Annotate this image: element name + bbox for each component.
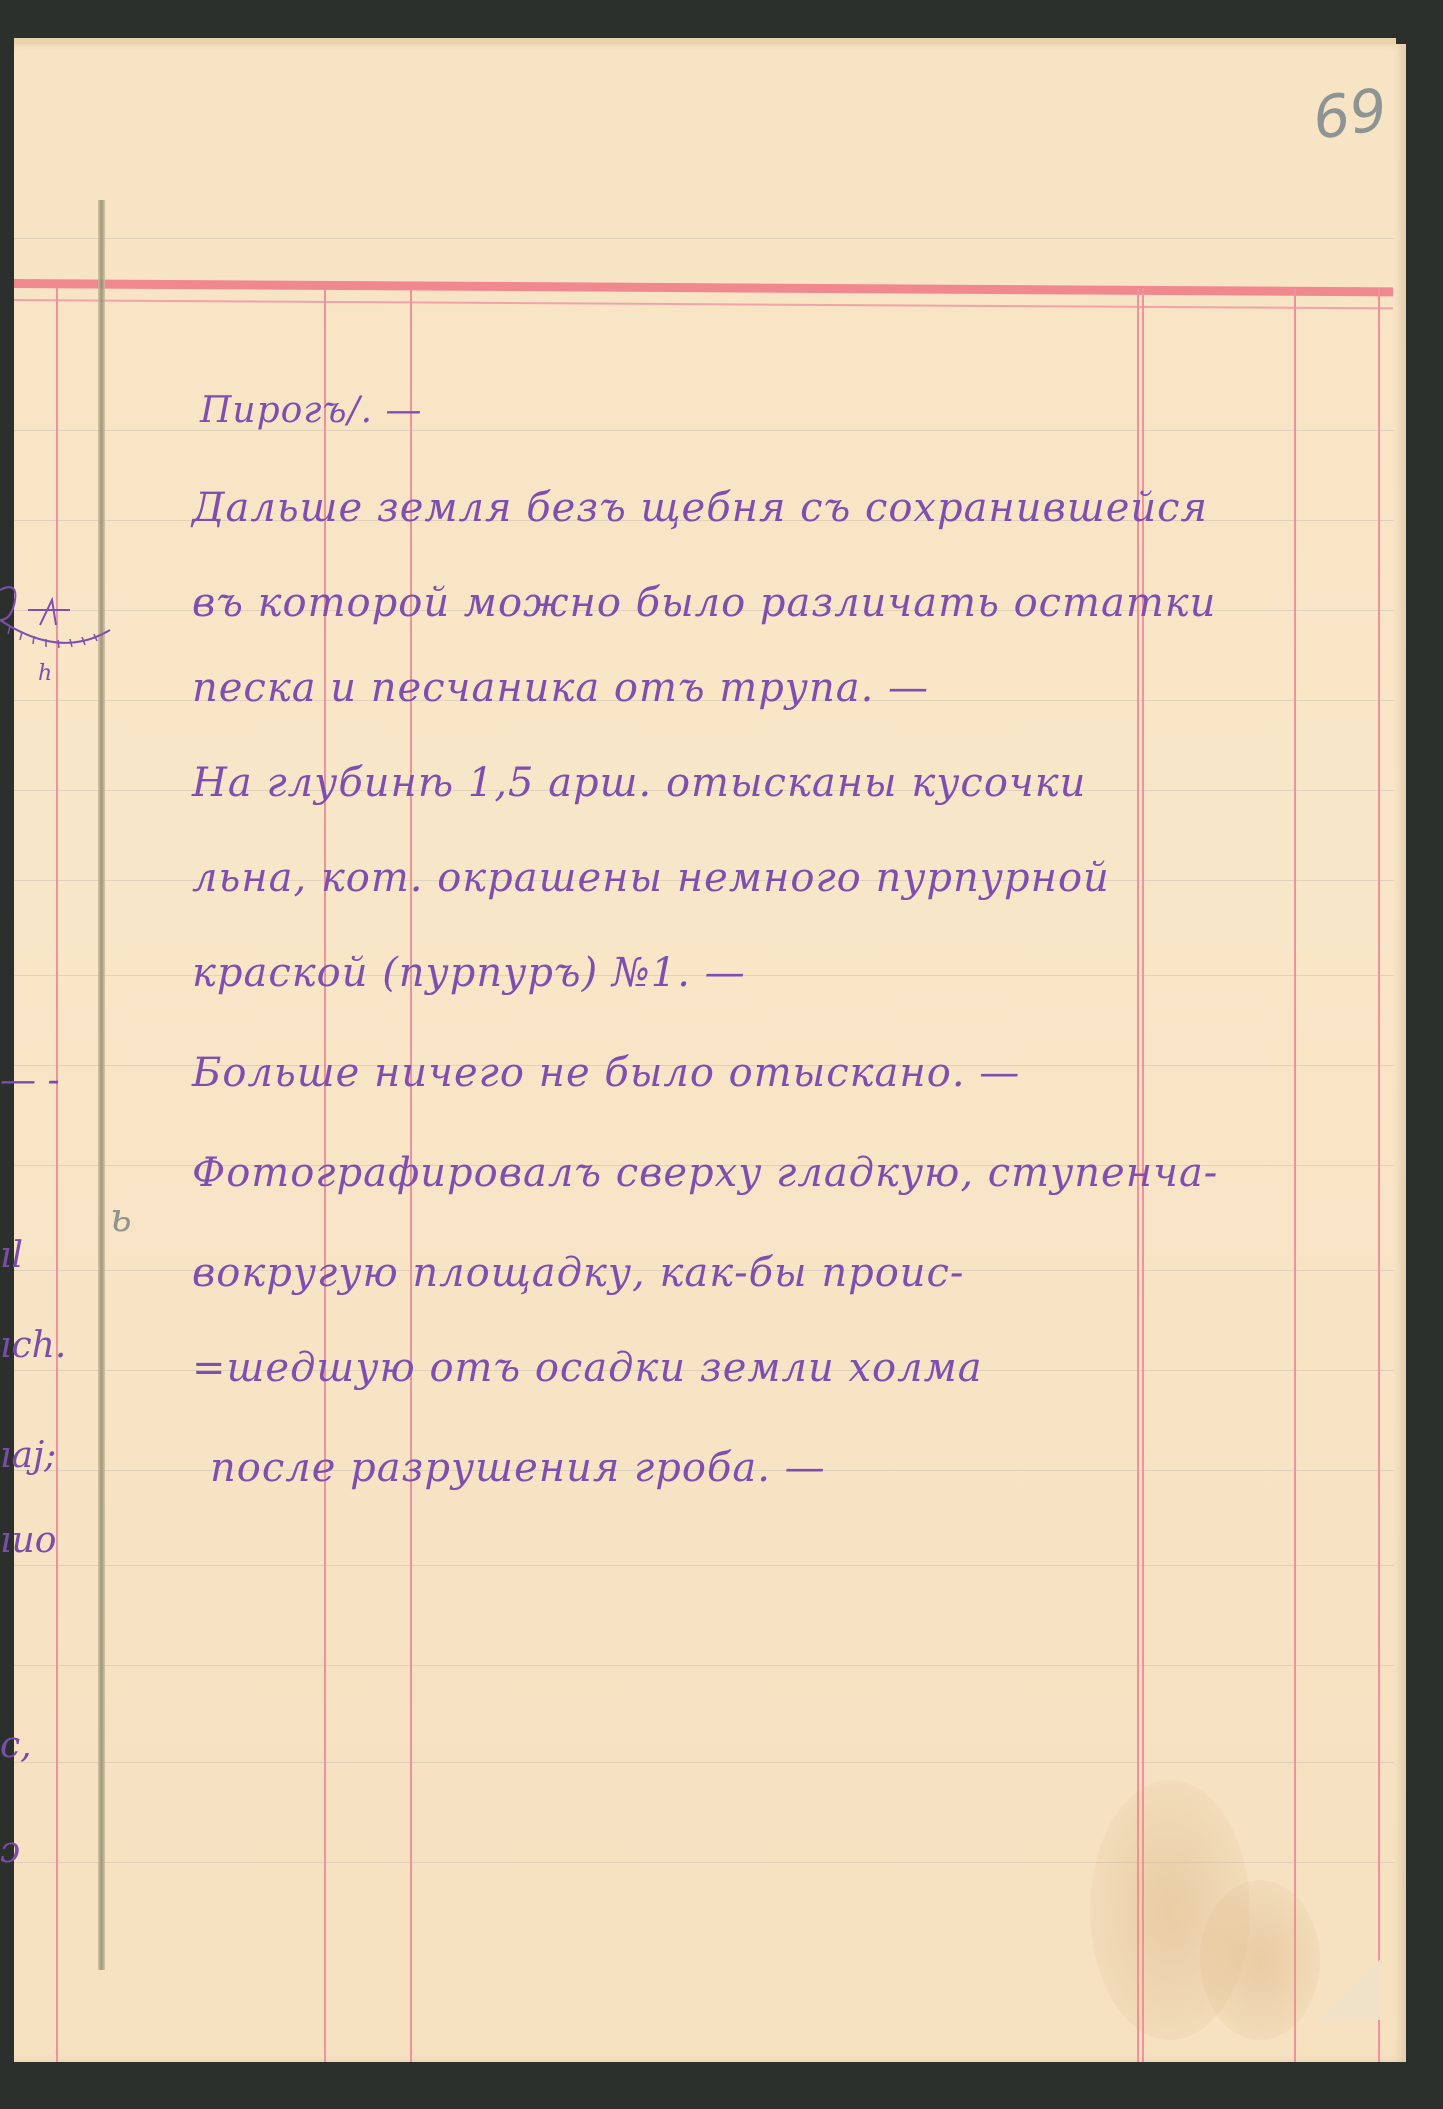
margin-fragment: — - — [0, 1060, 60, 1101]
ruled-line — [14, 1565, 1394, 1566]
margin-rule — [56, 288, 58, 2062]
ruled-line — [14, 1665, 1394, 1666]
page-corner-fold — [1320, 1960, 1380, 2020]
entry-line: въ которой можно было различать остатки — [192, 580, 1216, 626]
column-rule — [1378, 288, 1380, 2062]
entry-line: На глубинѣ 1,5 арш. отысканы кусочки — [192, 760, 1086, 806]
margin-fragment: ıch. — [0, 1325, 66, 1366]
entry-line: Больше ничего не было отыскано. — — [192, 1050, 1020, 1096]
margin-fragment: ıl — [0, 1235, 23, 1276]
entry-line: Дальше земля безъ щебня съ сохранившейся — [192, 485, 1208, 531]
margin-sketch-icon: h — [0, 580, 140, 690]
entry-line: песка и песчаника отъ трупа. — — [192, 665, 929, 711]
margin-fragment: ɔ — [0, 1830, 20, 1871]
margin-fragment: c, — [0, 1725, 32, 1766]
entry-line: =шедшую отъ осадки земли холма — [192, 1345, 983, 1391]
entry-line: льна, кот. окрашены немного пурпурной — [192, 855, 1110, 901]
entry-line: вокругую площадку, как-бы проис- — [192, 1250, 964, 1296]
ruled-line — [14, 1762, 1394, 1763]
entry-heading: Пирогъ/. — — [200, 390, 423, 431]
column-rule — [1294, 288, 1296, 2062]
binding-gutter — [98, 200, 105, 1970]
entry-line: Фотографировалъ сверху гладкую, ступенча… — [192, 1150, 1218, 1196]
page-number: 69 — [1309, 75, 1392, 153]
water-stain — [1200, 1880, 1320, 2040]
margin-fragment: ıuo — [0, 1520, 56, 1561]
entry-line: краской (пурпуръ) №1. — — [192, 950, 746, 996]
svg-text:h: h — [38, 661, 52, 686]
margin-fragment: ıaj; — [0, 1435, 56, 1476]
entry-line: после разрушения гроба. — — [210, 1445, 826, 1491]
ruled-line — [14, 238, 1394, 239]
pencil-mark: ь — [110, 1195, 132, 1241]
